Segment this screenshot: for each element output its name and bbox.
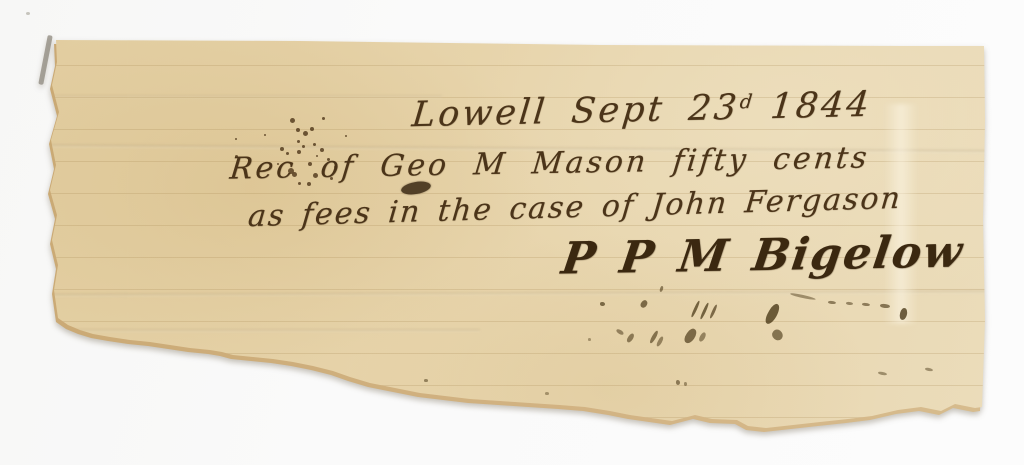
paper-crease	[46, 290, 990, 296]
paper-crease	[46, 329, 480, 332]
dateline-superscript: d	[739, 90, 757, 113]
scan-background: Lowell Sept 23d1844 Rec of Geo M Mason f…	[0, 0, 1024, 465]
handwritten-signature: P P M Bigelow	[558, 226, 967, 284]
handwritten-fees-line: as fees in the case of John Fergason	[246, 181, 903, 234]
handwritten-dateline: Lowell Sept 23d1844	[410, 85, 874, 136]
paper-surface: Lowell Sept 23d1844 Rec of Geo M Mason f…	[46, 34, 990, 436]
paper-crease	[46, 95, 442, 98]
dateline-year: 1844	[769, 85, 874, 127]
paper-corner-shadow	[38, 35, 52, 85]
receipt-paper: Lowell Sept 23d1844 Rec of Geo M Mason f…	[46, 34, 990, 436]
dateline-place-date: Lowell Sept 23	[410, 88, 741, 136]
scan-dust-speck	[26, 12, 30, 15]
